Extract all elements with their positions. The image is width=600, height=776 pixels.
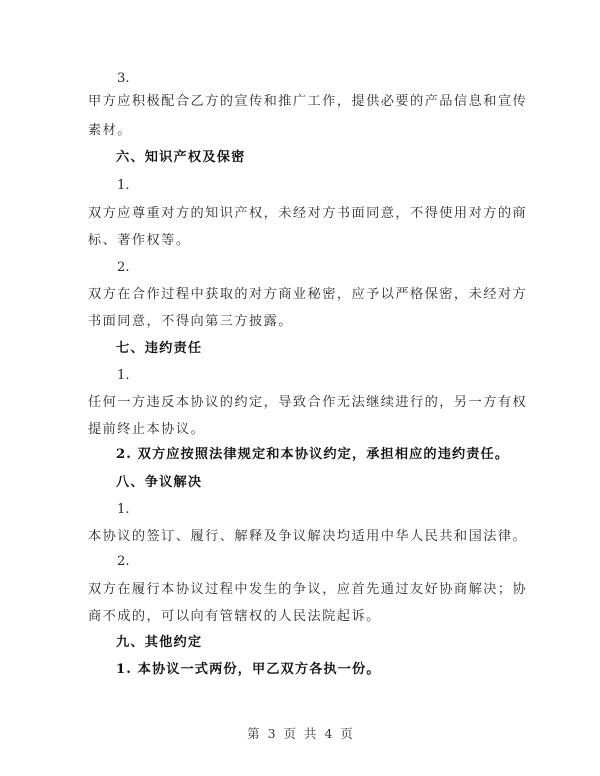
list-number: 2. — [117, 259, 537, 277]
section-heading: 七、违约责任 — [116, 340, 536, 358]
paragraph-line: 商不成的，可以向有管辖权的人民法院起诉。 — [88, 608, 508, 626]
list-number: 2. — [117, 553, 537, 571]
section-heading: 九、其他约定 — [116, 634, 536, 652]
list-number: 1. — [117, 501, 537, 519]
paragraph-line: 双方应尊重对方的知识产权，未经对方书面同意，不得使用对方的商 — [88, 205, 508, 223]
paragraph-line: 本协议的签订、履行、解释及争议解决均适用中华人民共和国法律。 — [88, 528, 508, 546]
section-heading: 六、知识产权及保密 — [116, 149, 536, 167]
list-number: 1. — [117, 177, 537, 195]
list-number: 3. — [117, 70, 537, 88]
paragraph-line: 任何一方违反本协议的约定，导致合作无法继续进行的，另一方有权 — [88, 394, 508, 412]
paragraph-line: 书面同意，不得向第三方披露。 — [88, 313, 508, 331]
bold-clause: 2. 双方应按照法律规定和本协议约定，承担相应的违约责任。 — [116, 446, 536, 464]
section-heading: 八、争议解决 — [116, 474, 536, 492]
list-number: 1. — [117, 367, 537, 385]
paragraph-line: 甲方应积极配合乙方的宣传和推广工作，提供必要的产品信息和宣传 — [88, 93, 508, 111]
bold-clause: 1. 本协议一式两份，甲乙双方各执一份。 — [116, 661, 536, 679]
paragraph-line: 双方在履行本协议过程中发生的争议，应首先通过友好协商解决；协 — [88, 581, 508, 599]
document-page: 3. 甲方应积极配合乙方的宣传和推广工作，提供必要的产品信息和宣传 素材。 六、… — [0, 0, 600, 776]
page-footer: 第 3 页 共 4 页 — [0, 724, 600, 742]
paragraph-line: 双方在合作过程中获取的对方商业秘密，应予以严格保密，未经对方 — [88, 286, 508, 304]
paragraph-line: 素材。 — [88, 122, 508, 140]
paragraph-line: 提前终止本协议。 — [88, 421, 508, 439]
paragraph-line: 标、著作权等。 — [88, 232, 508, 250]
